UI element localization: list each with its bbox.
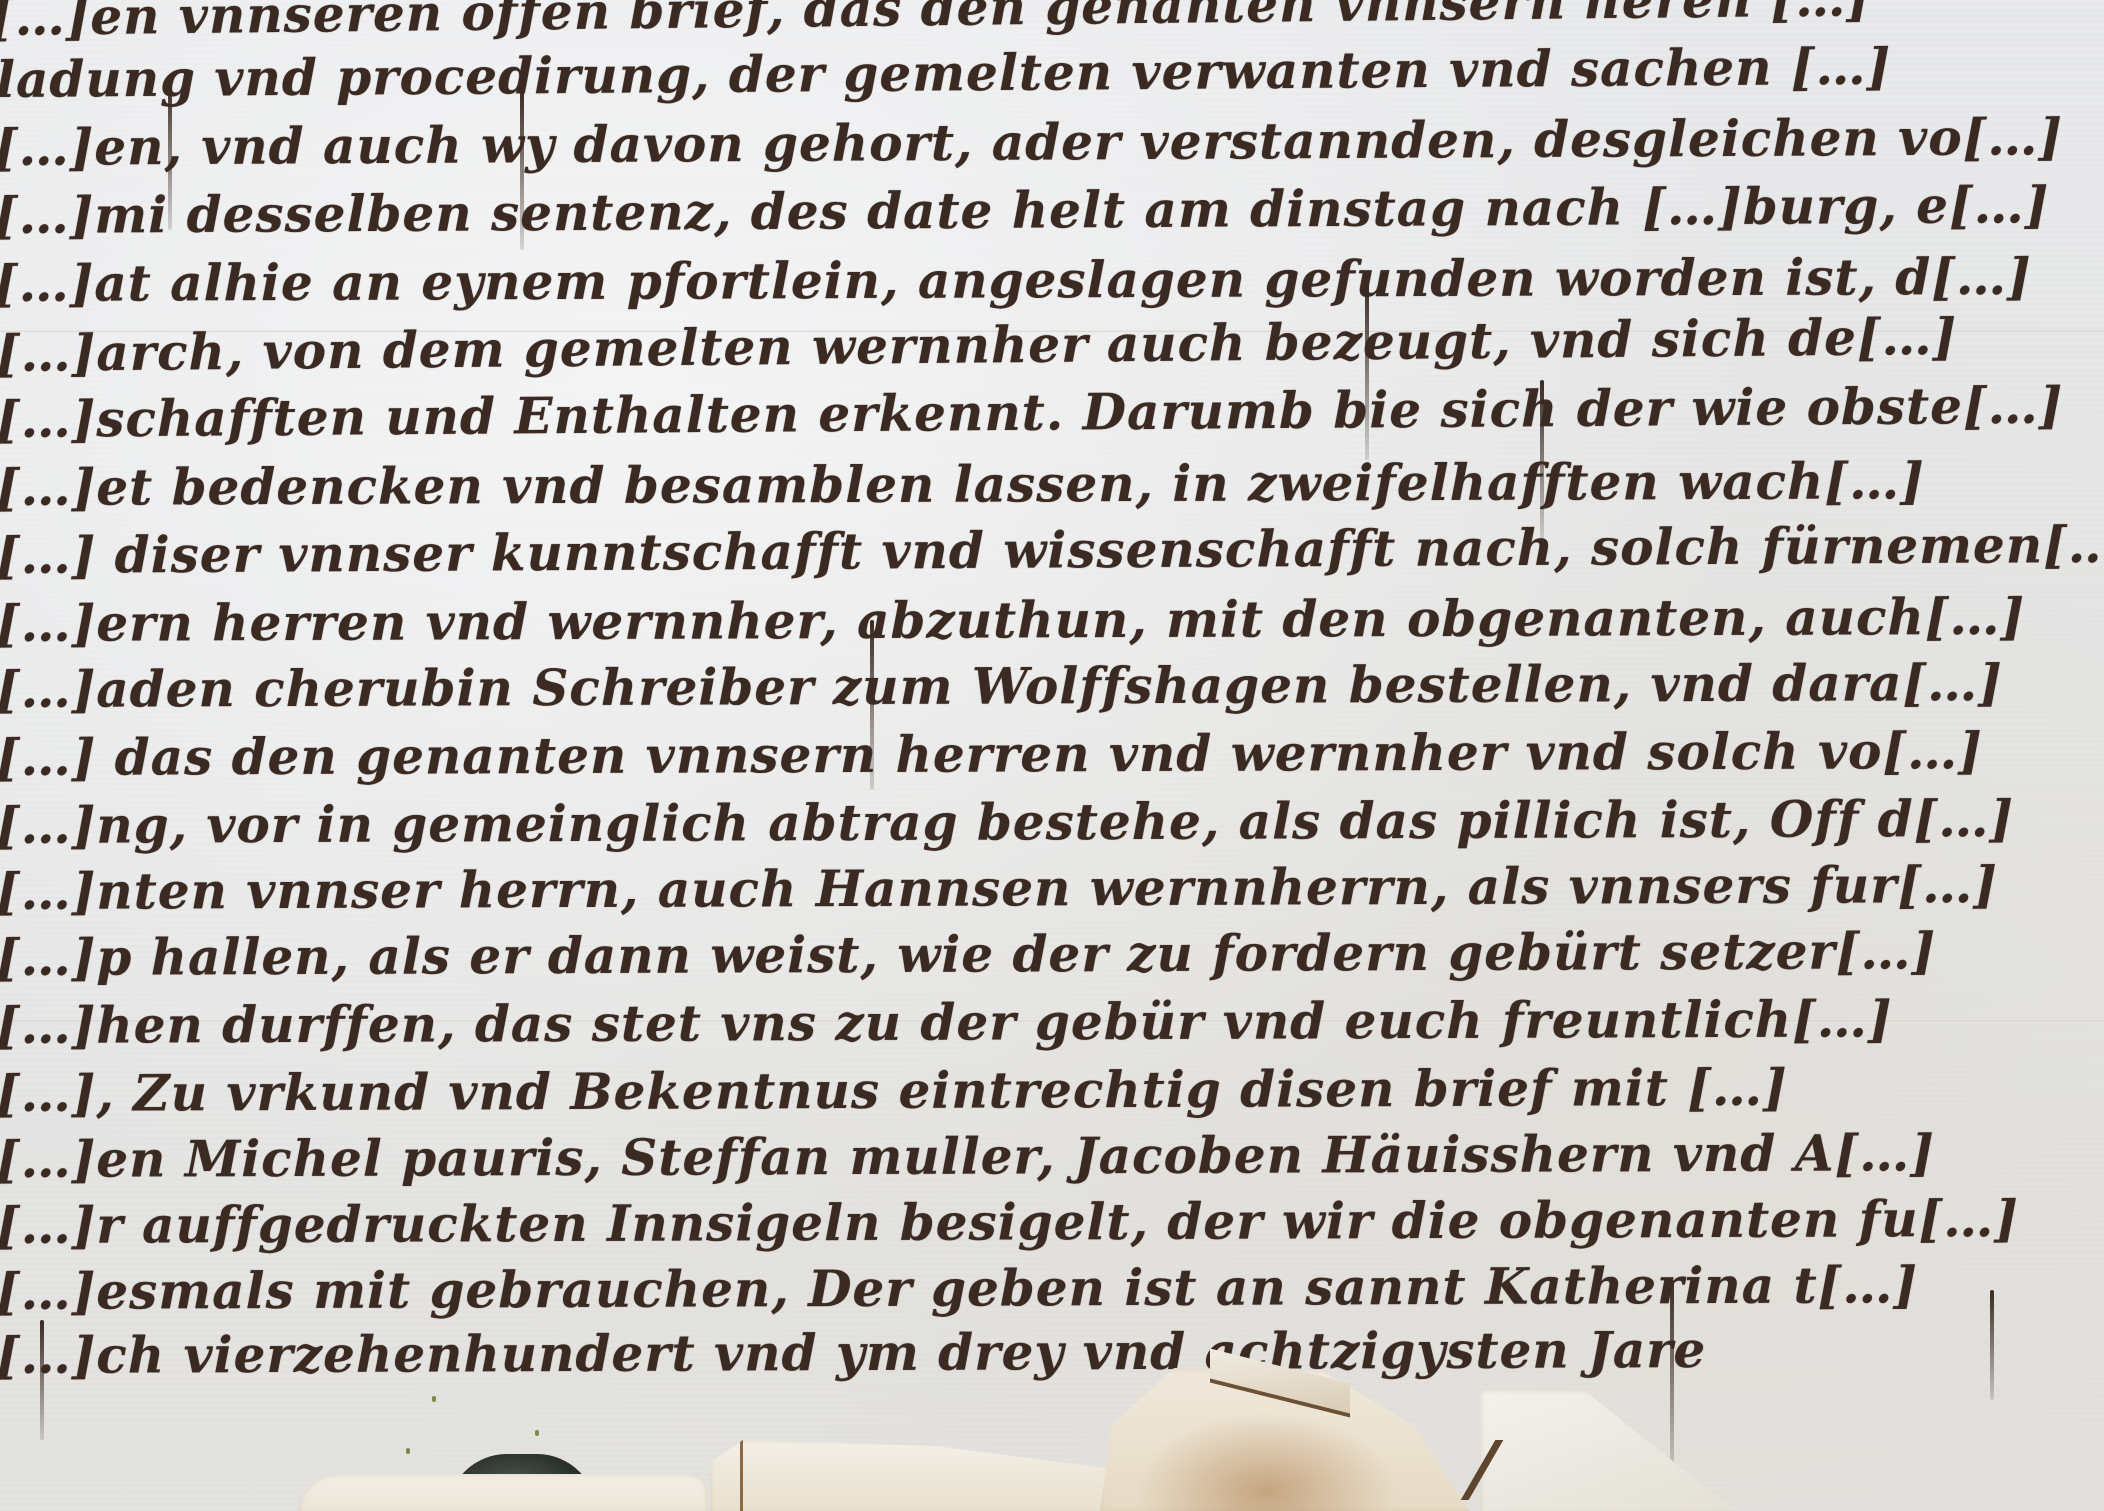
manuscript-line: […]schafften und Enthalten erkennt. Daru… (0, 376, 2063, 449)
ink-descender (1540, 380, 1544, 540)
paper-speck (432, 1396, 436, 1402)
manuscript-line: […]esmals mit gebrauchen, Der geben ist … (0, 1255, 1918, 1321)
manuscript-line: […]nten vnnser herrn, auch Hannsen wernn… (0, 855, 1998, 921)
seal-tag (298, 1474, 708, 1511)
manuscript-line: ladung vnd procedirung, der gemelten ver… (0, 37, 1891, 109)
manuscript-line: […]arch, von dem gemelten wernnher auch … (0, 307, 1957, 383)
manuscript-line: […]en, vnd auch wy davon gehort, ader ve… (0, 107, 2063, 177)
ink-descender (1365, 280, 1369, 460)
manuscript-line: […]aden cherubin Schreiber zum Wolffshag… (0, 653, 2003, 719)
manuscript-line: […]et bedencken vnd besamblen lassen, in… (0, 451, 1925, 517)
manuscript-line: […]p hallen, als er dann weist, wie der … (0, 921, 1936, 987)
paper-speck (406, 1448, 410, 1454)
manuscript-line: […]hen durffen, das stet vns zu der gebü… (0, 989, 1893, 1055)
manuscript-line: […]ern herren vnd wernnher, abzuthun, mi… (0, 587, 2025, 653)
manuscript-line: […]at alhie an eynem pfortlein, angeslag… (0, 247, 2032, 313)
manuscript-line: […] das den genanten vnnsern herren vnd … (0, 721, 1983, 787)
manuscript-text: […]en vnnseren offen brief, das den gena… (0, 0, 2104, 1380)
manuscript-line: […]en Michel pauris, Steffan muller, Jac… (0, 1123, 1935, 1189)
manuscript-line: […], Zu vrkund vnd Bekentnus eintrechtig… (0, 1058, 1788, 1123)
manuscript-line: […]ng, vor in gemeinglich abtrag bestehe… (0, 789, 2014, 855)
manuscript-line: […]r auffgedruckten Innsigeln besigelt, … (0, 1189, 2019, 1255)
manuscript-line: […]mi desselben sentenz, des date helt a… (0, 175, 2049, 245)
ink-descender (168, 80, 172, 230)
manuscript-line: […]ch vierzehenhundert vnd ym drey vnd a… (0, 1320, 1706, 1385)
paper-speck (535, 1430, 539, 1436)
ink-descender (870, 620, 874, 790)
ink-descender (520, 90, 524, 250)
manuscript-line: […] diser vnnser kunntschafft vnd wissen… (0, 515, 2104, 585)
